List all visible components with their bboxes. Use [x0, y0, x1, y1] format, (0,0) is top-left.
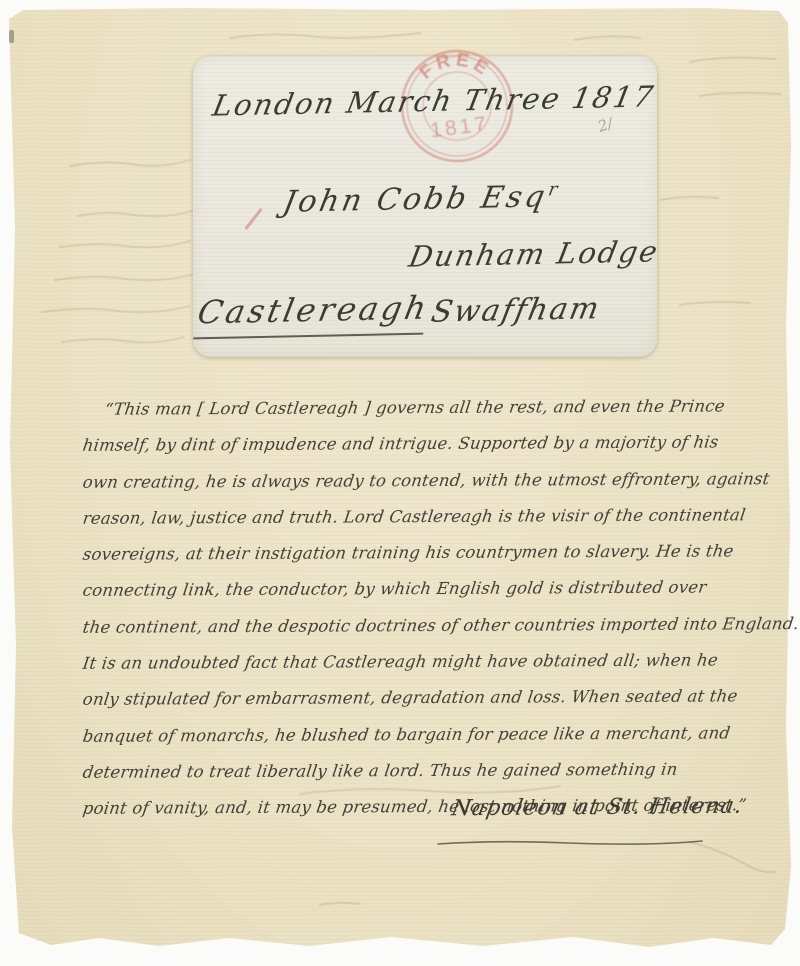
quote-line: It is an undoubted fact that Castlereagh…	[79, 650, 774, 690]
attribution-underline	[436, 840, 704, 846]
paper-edge-mark	[9, 30, 14, 43]
addressee-line: John Cobb Esqr	[280, 179, 562, 220]
quote-line: only stipulated for embarrasment, degrad…	[79, 687, 774, 727]
addressee-name: John Cobb Esq	[280, 179, 551, 219]
quote-line: sovereigns, at their instigation trainin…	[79, 541, 774, 581]
address-lodge: Dunham Lodge	[406, 234, 662, 273]
quote-line: own creating, he is always ready to cont…	[79, 469, 774, 509]
quote-line: reason, law, justice and truth. Lord Cas…	[79, 505, 774, 545]
quote-line: banquet of monarchs, he blushed to barga…	[79, 723, 774, 763]
quotation-block: “This man [ Lord Castlereagh ] governs a…	[82, 398, 772, 834]
quote-line: himself, by dint of impudence and intrig…	[79, 432, 774, 472]
frank-signature: Castlereagh	[193, 289, 432, 340]
scanned-letter-page: { "document": { "kind": "Franked letter …	[0, 0, 800, 966]
quote-line: the continent, and the despotic doctrine…	[79, 614, 774, 654]
quote-line: connecting link, the conductor, by which…	[79, 578, 774, 618]
address-town: Swaffham	[428, 291, 603, 330]
attribution-line: Napoleon at St. Helena.	[450, 794, 745, 822]
quote-line: determined to treat liberally like a lor…	[79, 759, 774, 799]
quote-line: “This man [ Lord Castlereagh ] governs a…	[79, 396, 774, 436]
